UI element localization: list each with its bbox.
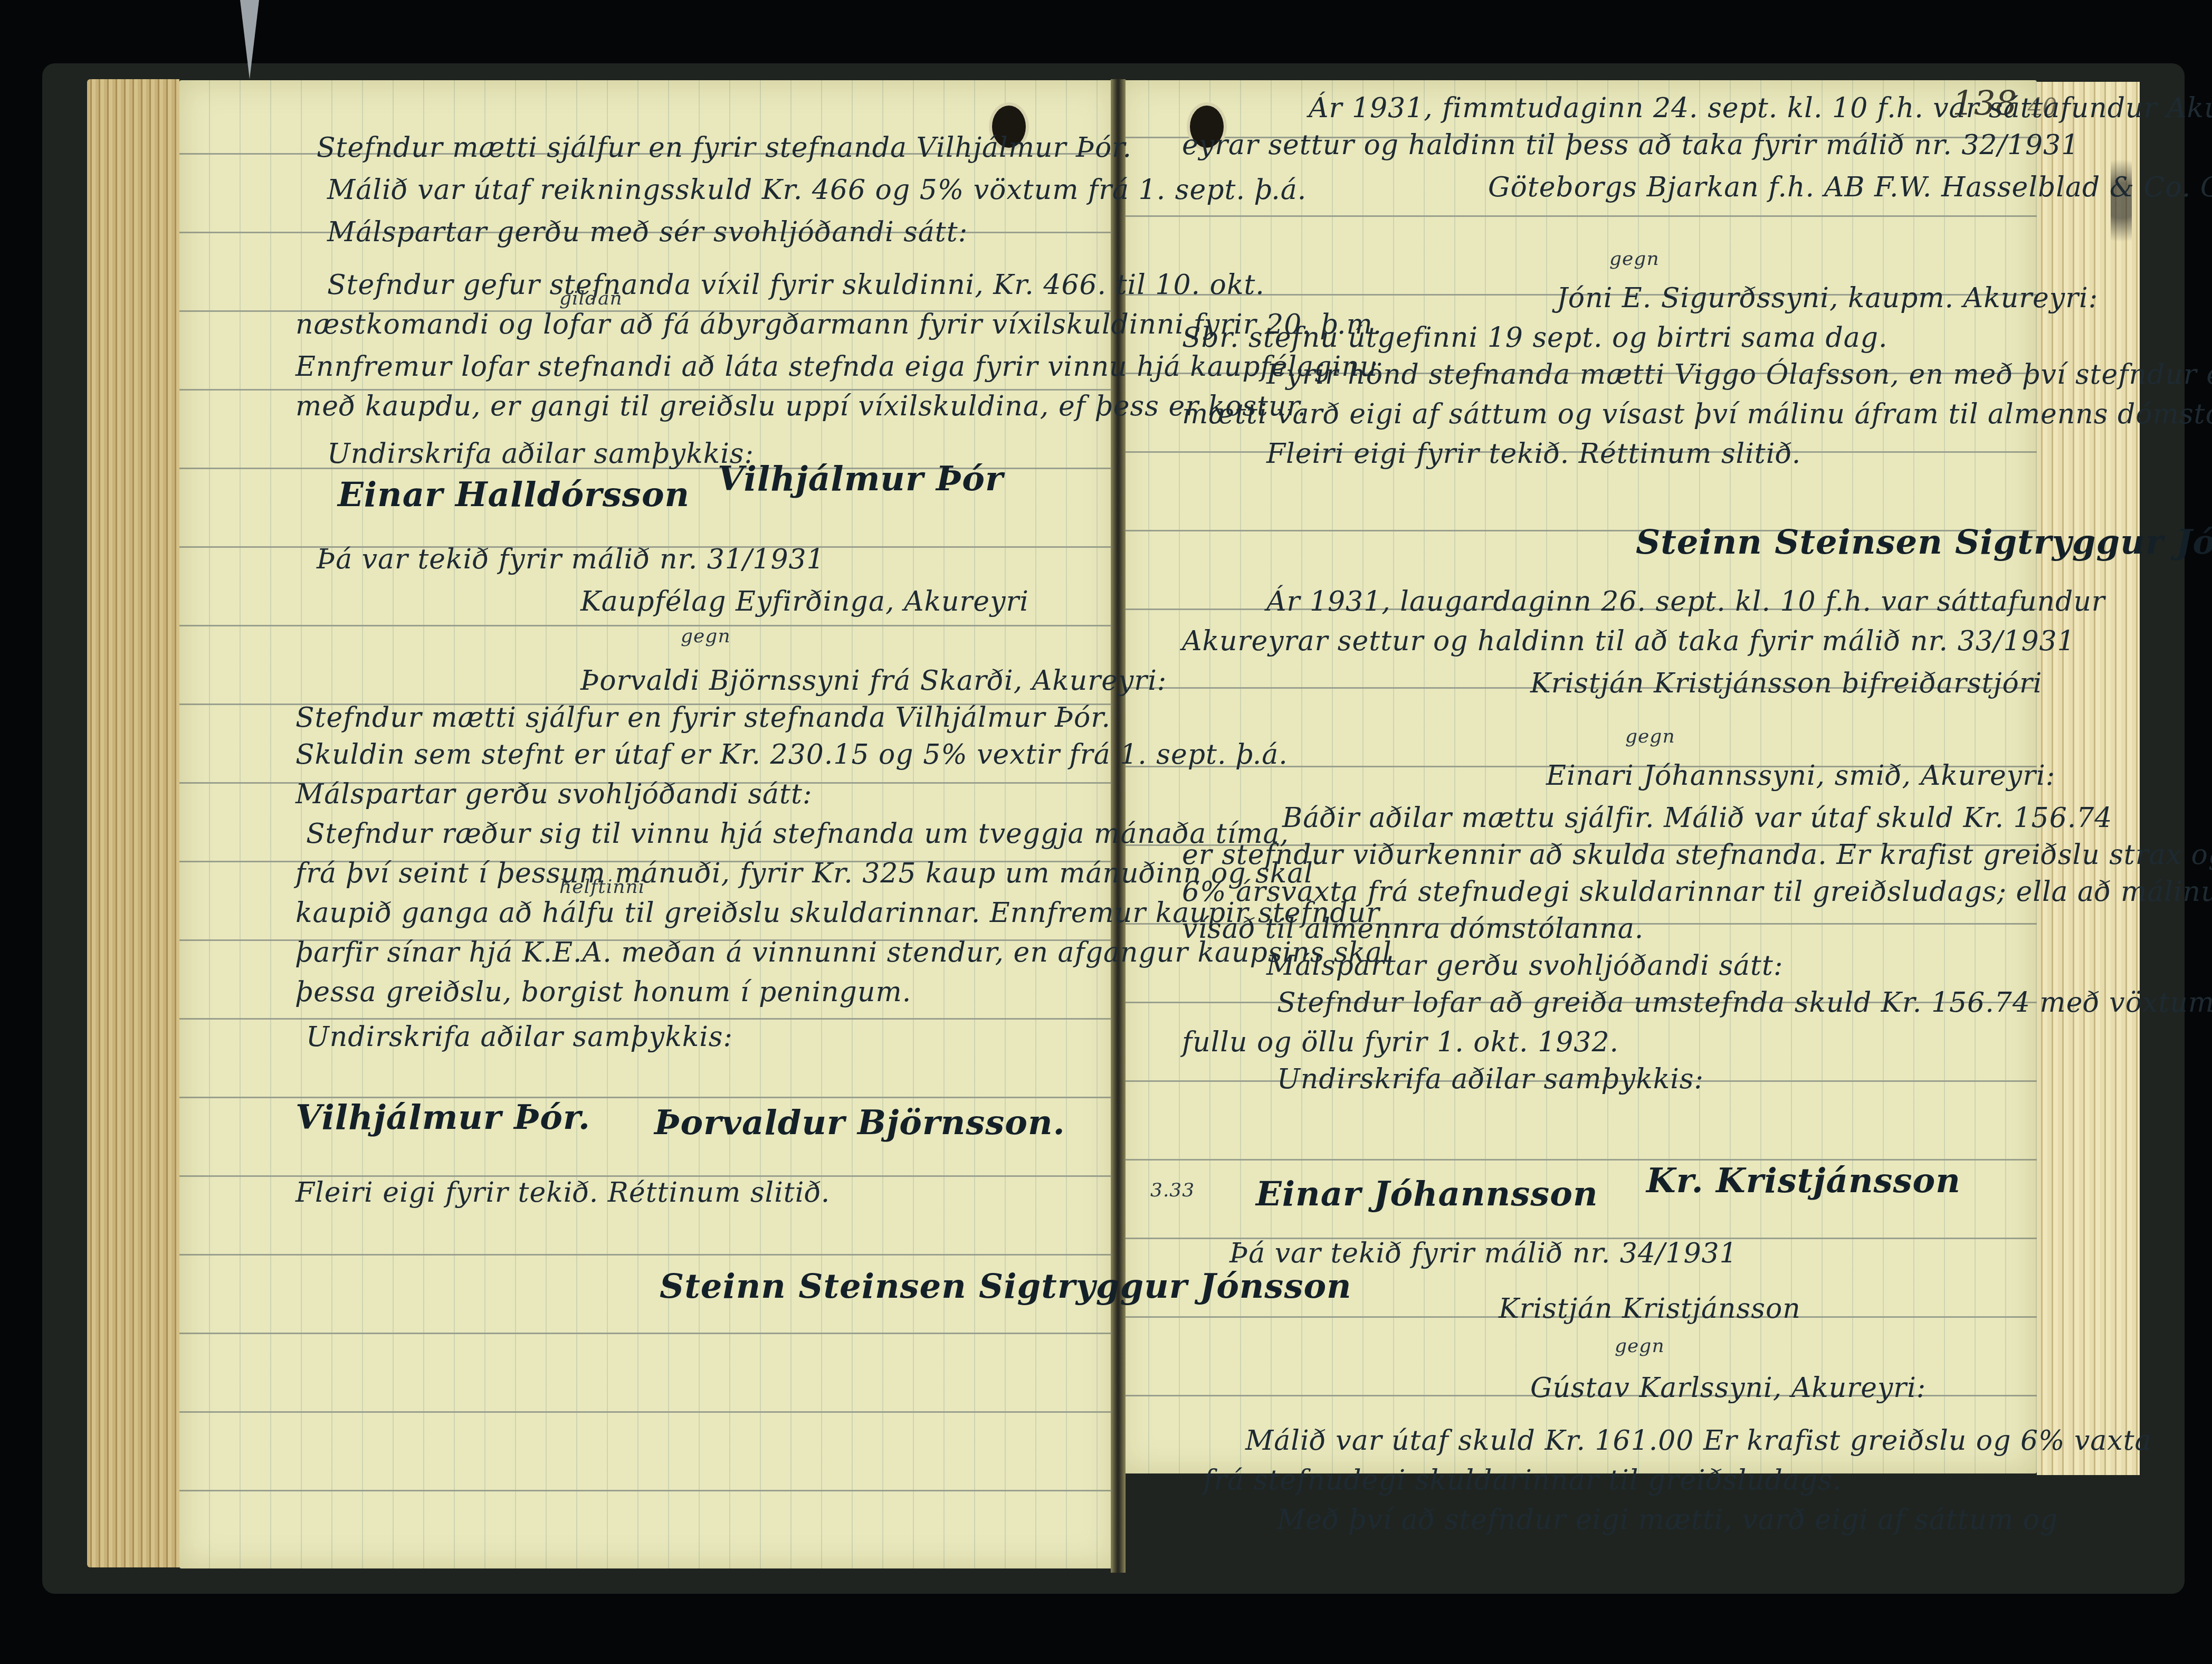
handwritten-line: Þá var tekið fyrir málið nr. 31/1931 [317,544,825,575]
handwritten-line: gegn [1615,1335,1665,1357]
interlinear-note: helftinni [559,876,645,898]
handwritten-line: fullu og öllu fyrir 1. okt. 1932. [1182,1026,1619,1058]
handwritten-line: Fleiri eigi fyrir tekið. Réttinum slitið… [1266,438,1801,470]
handwritten-line: mætti varð eigi af sáttum og vísast því … [1182,398,2212,430]
handwritten-line: Akureyrar settur og haldinn til að taka … [1182,625,2075,657]
handwritten-line: Undirskrifa aðilar samþykkis: [1277,1063,1704,1095]
signature: Þorvaldur Björnsson. [654,1103,1065,1143]
handwritten-line: gegn [1609,248,1660,270]
handwritten-line: vísað til almennra dómstólanna. [1182,913,1644,945]
handwritten-line: Ennfremur lofar stefnandi að láta stefnd… [295,351,1378,383]
handwritten-line: Stefndur lofar að greiða umstefnda skuld… [1277,987,2212,1019]
handwritten-line: Ár 1931, fimmtudaginn 24. sept. kl. 10 f… [1309,92,2212,124]
handwritten-line: Kristján Kristjánsson [1499,1293,1801,1325]
handwritten-line: Málspartar gerðu svohljóðandi sátt: [295,778,812,810]
handwritten-line: 3.33 [1150,1180,1195,1201]
bookmark-ribbon [240,0,259,79]
handwritten-line: Stefndur ræður sig til vinnu hjá stefnan… [306,818,1289,850]
interlinear-note: gildan [559,288,623,309]
signature: Steinn Steinsen Sigtryggur Jónsson [1636,522,2212,562]
handwritten-line: Fleiri eigi fyrir tekið. Réttinum slitið… [295,1177,830,1209]
handwritten-line: Stefndur gefur stefnanda víxil fyrir sku… [327,269,1265,301]
handwritten-line: eyrar settur og haldinn til þess að taka… [1182,129,2079,161]
handwritten-line: 6% ársvaxta frá stefnudegi skuldarinnar … [1182,876,2212,908]
handwritten-line: Skuldin sem stefnt er útaf er Kr. 230.15… [295,739,1288,771]
handwritten-line: er stefndur viðurkennir að skulda stefna… [1182,839,2212,871]
signature: Vilhjálmur Þór. [295,1098,590,1137]
signature: Vilhjálmur Þór [718,459,1004,499]
handwritten-line: Kaupfélag Eyfirðinga, Akureyri [580,586,1029,617]
handwritten-line: Báðir aðilar mættu sjálfir. Málið var út… [1282,802,2112,834]
handwritten-line: Málið var útaf reikningsskuld Kr. 466 og… [327,174,1307,206]
handwritten-line: Málspartar gerðu með sér svohljóðandi sá… [327,216,968,248]
handwritten-line: Málið var útaf skuld Kr. 161.00 Er krafi… [1245,1425,2152,1457]
handwritten-line: Stefndur mætti sjálfur en fyrir stefnand… [317,132,1132,164]
handwritten-line: þessa greiðslu, borgist honum í peningum… [295,976,911,1008]
handwritten-line: með kaupdu, er gangi til greiðslu uppí v… [295,391,1307,422]
handwritten-line: frá því seint í þessum mánuði, fyrir Kr.… [295,858,1313,889]
handwritten-line: Þá var tekið fyrir málið nr. 34/1931 [1229,1238,1738,1269]
left-page-edges [87,79,179,1567]
handwritten-line: Fyrir hönd stefnanda mætti Viggo Ólafsso… [1266,359,2212,391]
handwritten-line: Einari Jóhannssyni, smið, Akureyri: [1546,760,2055,792]
handwritten-line: Undirskrifa aðilar samþykkis: [306,1021,733,1053]
signature: Kr. Kristjánsson [1646,1161,1961,1201]
handwritten-line: Göteborgs Bjarkan f.h. AB F.W. Hasselbla… [1488,172,2212,203]
handwritten-line: Með því að stefndur eigi mætti, varð eig… [1277,1504,2058,1536]
signature: Einar Halldórsson [338,475,690,515]
signature: Einar Jóhannsson [1256,1174,1598,1214]
handwritten-line: gegn [681,625,731,647]
handwritten-line: Gústav Karlssyni, Akureyri: [1530,1372,1926,1404]
handwritten-line: Málspartar gerðu svohljóðandi sátt: [1266,950,1783,982]
handwritten-line: Jóni E. Sigurðssyni, kaupm. Akureyri: [1557,282,2098,314]
handwritten-line: Undirskrifa aðilar samþykkis: [327,438,754,470]
handwritten-line: Stefndur mætti sjálfur en fyrir stefnand… [295,702,1111,734]
signature: Steinn Steinsen Sigtryggur Jónsson [660,1267,1352,1306]
handwritten-line: Þorvaldi Björnssyni frá Skarði, Akureyri… [580,665,1167,697]
handwritten-line: gegn [1625,726,1675,747]
handwritten-line: Kristján Kristjánsson bifreiðarstjóri [1530,668,2042,699]
handwritten-line: frá stefnudegi skuldarinnar til greiðslu… [1203,1465,1842,1496]
handwritten-line: Ár 1931, laugardaginn 26. sept. kl. 10 f… [1266,586,2105,617]
handwritten-line: Sbr. stefnu útgefinni 19 sept. og birtri… [1182,322,1888,354]
